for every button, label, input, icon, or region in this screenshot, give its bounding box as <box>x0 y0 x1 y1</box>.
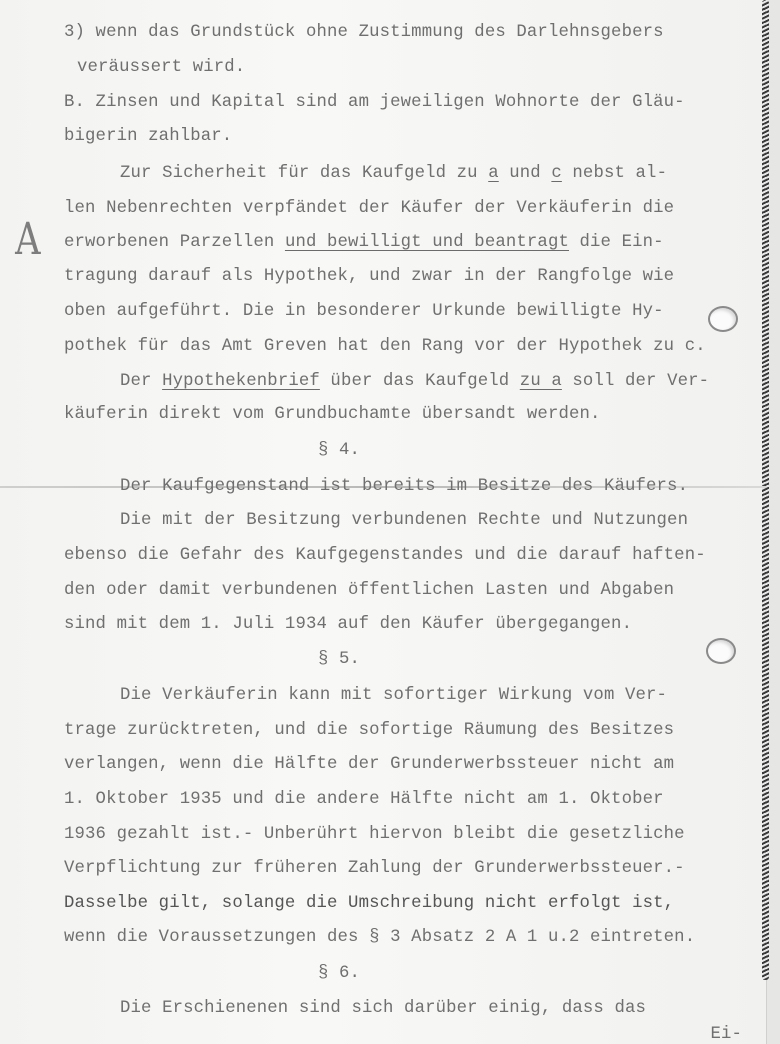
text-line: tragung darauf als Hypothek, und zwar in… <box>64 266 674 288</box>
text-seg: die Ein- <box>569 233 664 252</box>
text-line: verlangen, wenn die Hälfte der Grunderwe… <box>64 754 674 776</box>
text-line: käuferin direkt vom Grundbuchamte übersa… <box>64 404 601 426</box>
section-heading: § 5. <box>318 649 360 671</box>
underlined-c: c <box>551 164 562 183</box>
text-line: Die Verkäuferin kann mit sofortiger Wirk… <box>120 685 667 707</box>
underlined-phrase: und bewilligt und beantragt <box>285 233 569 252</box>
underlined-hypothekenbrief: Hypothekenbrief <box>162 372 320 391</box>
text-line: 3) wenn das Grundstück ohne Zustimmung d… <box>64 22 664 44</box>
text-seg: über das Kaufgeld <box>320 372 520 391</box>
text-line: pothek für das Amt Greven hat den Rang v… <box>64 336 706 358</box>
text-line: wenn die Voraussetzungen des § 3 Absatz … <box>64 927 695 949</box>
text-line: Der Kaufgegenstand ist bereits im Besitz… <box>120 476 688 498</box>
text-line: 1936 gezahlt ist.- Unberührt hiervon ble… <box>64 824 685 846</box>
text-line: Zur Sicherheit für das Kaufgeld zu a und… <box>120 163 667 185</box>
text-line: Die mit der Besitzung verbundenen Rechte… <box>120 510 688 532</box>
text-line: den oder damit verbundenen öffentlichen … <box>64 580 674 602</box>
section-heading: § 6. <box>318 963 360 985</box>
text-seg: und <box>499 164 552 183</box>
text-line: ebenso die Gefahr des Kaufgegenstandes u… <box>64 545 706 567</box>
text-seg: erworbenen Parzellen <box>64 233 285 252</box>
text-seg: Zur Sicherheit für das Kaufgeld zu <box>120 164 488 183</box>
text-line: B. Zinsen und Kapital sind am jeweiligen… <box>64 92 685 114</box>
text-line: trage zurücktreten, und die sofortige Rä… <box>64 720 674 742</box>
text-seg: nebst al- <box>562 164 667 183</box>
punch-hole <box>706 638 736 664</box>
text-line: Der Hypothekenbrief über das Kaufgeld zu… <box>120 371 709 393</box>
margin-annotation: A <box>15 214 40 265</box>
text-line: erworbenen Parzellen und bewilligt und b… <box>64 232 664 254</box>
text-line: len Nebenrechten verpfändet der Käufer d… <box>64 198 674 220</box>
binding-cord <box>762 0 769 980</box>
text-line: oben aufgeführt. Die in besonderer Urkun… <box>64 301 664 323</box>
text-seg: soll der Ver- <box>562 372 709 391</box>
text-line: bigerin zahlbar. <box>64 126 232 148</box>
punch-hole <box>708 306 738 332</box>
text-line: Die Erschienenen sind sich darüber einig… <box>120 998 646 1020</box>
text-line: Dasselbe gilt, solange die Umschreibung … <box>64 893 674 915</box>
text-seg: Der <box>120 372 162 391</box>
text-line: Verpflichtung zur früheren Zahlung der G… <box>64 858 685 880</box>
text-line: 1. Oktober 1935 und die andere Hälfte ni… <box>64 789 664 811</box>
text-line: veräussert wird. <box>77 57 245 79</box>
underlined-zu-a: zu a <box>520 372 562 391</box>
section-heading: § 4. <box>318 440 360 462</box>
page-continuation: Ei- <box>710 1024 742 1044</box>
text-line: sind mit dem 1. Juli 1934 auf den Käufer… <box>64 614 632 636</box>
underlined-a: a <box>488 164 499 183</box>
